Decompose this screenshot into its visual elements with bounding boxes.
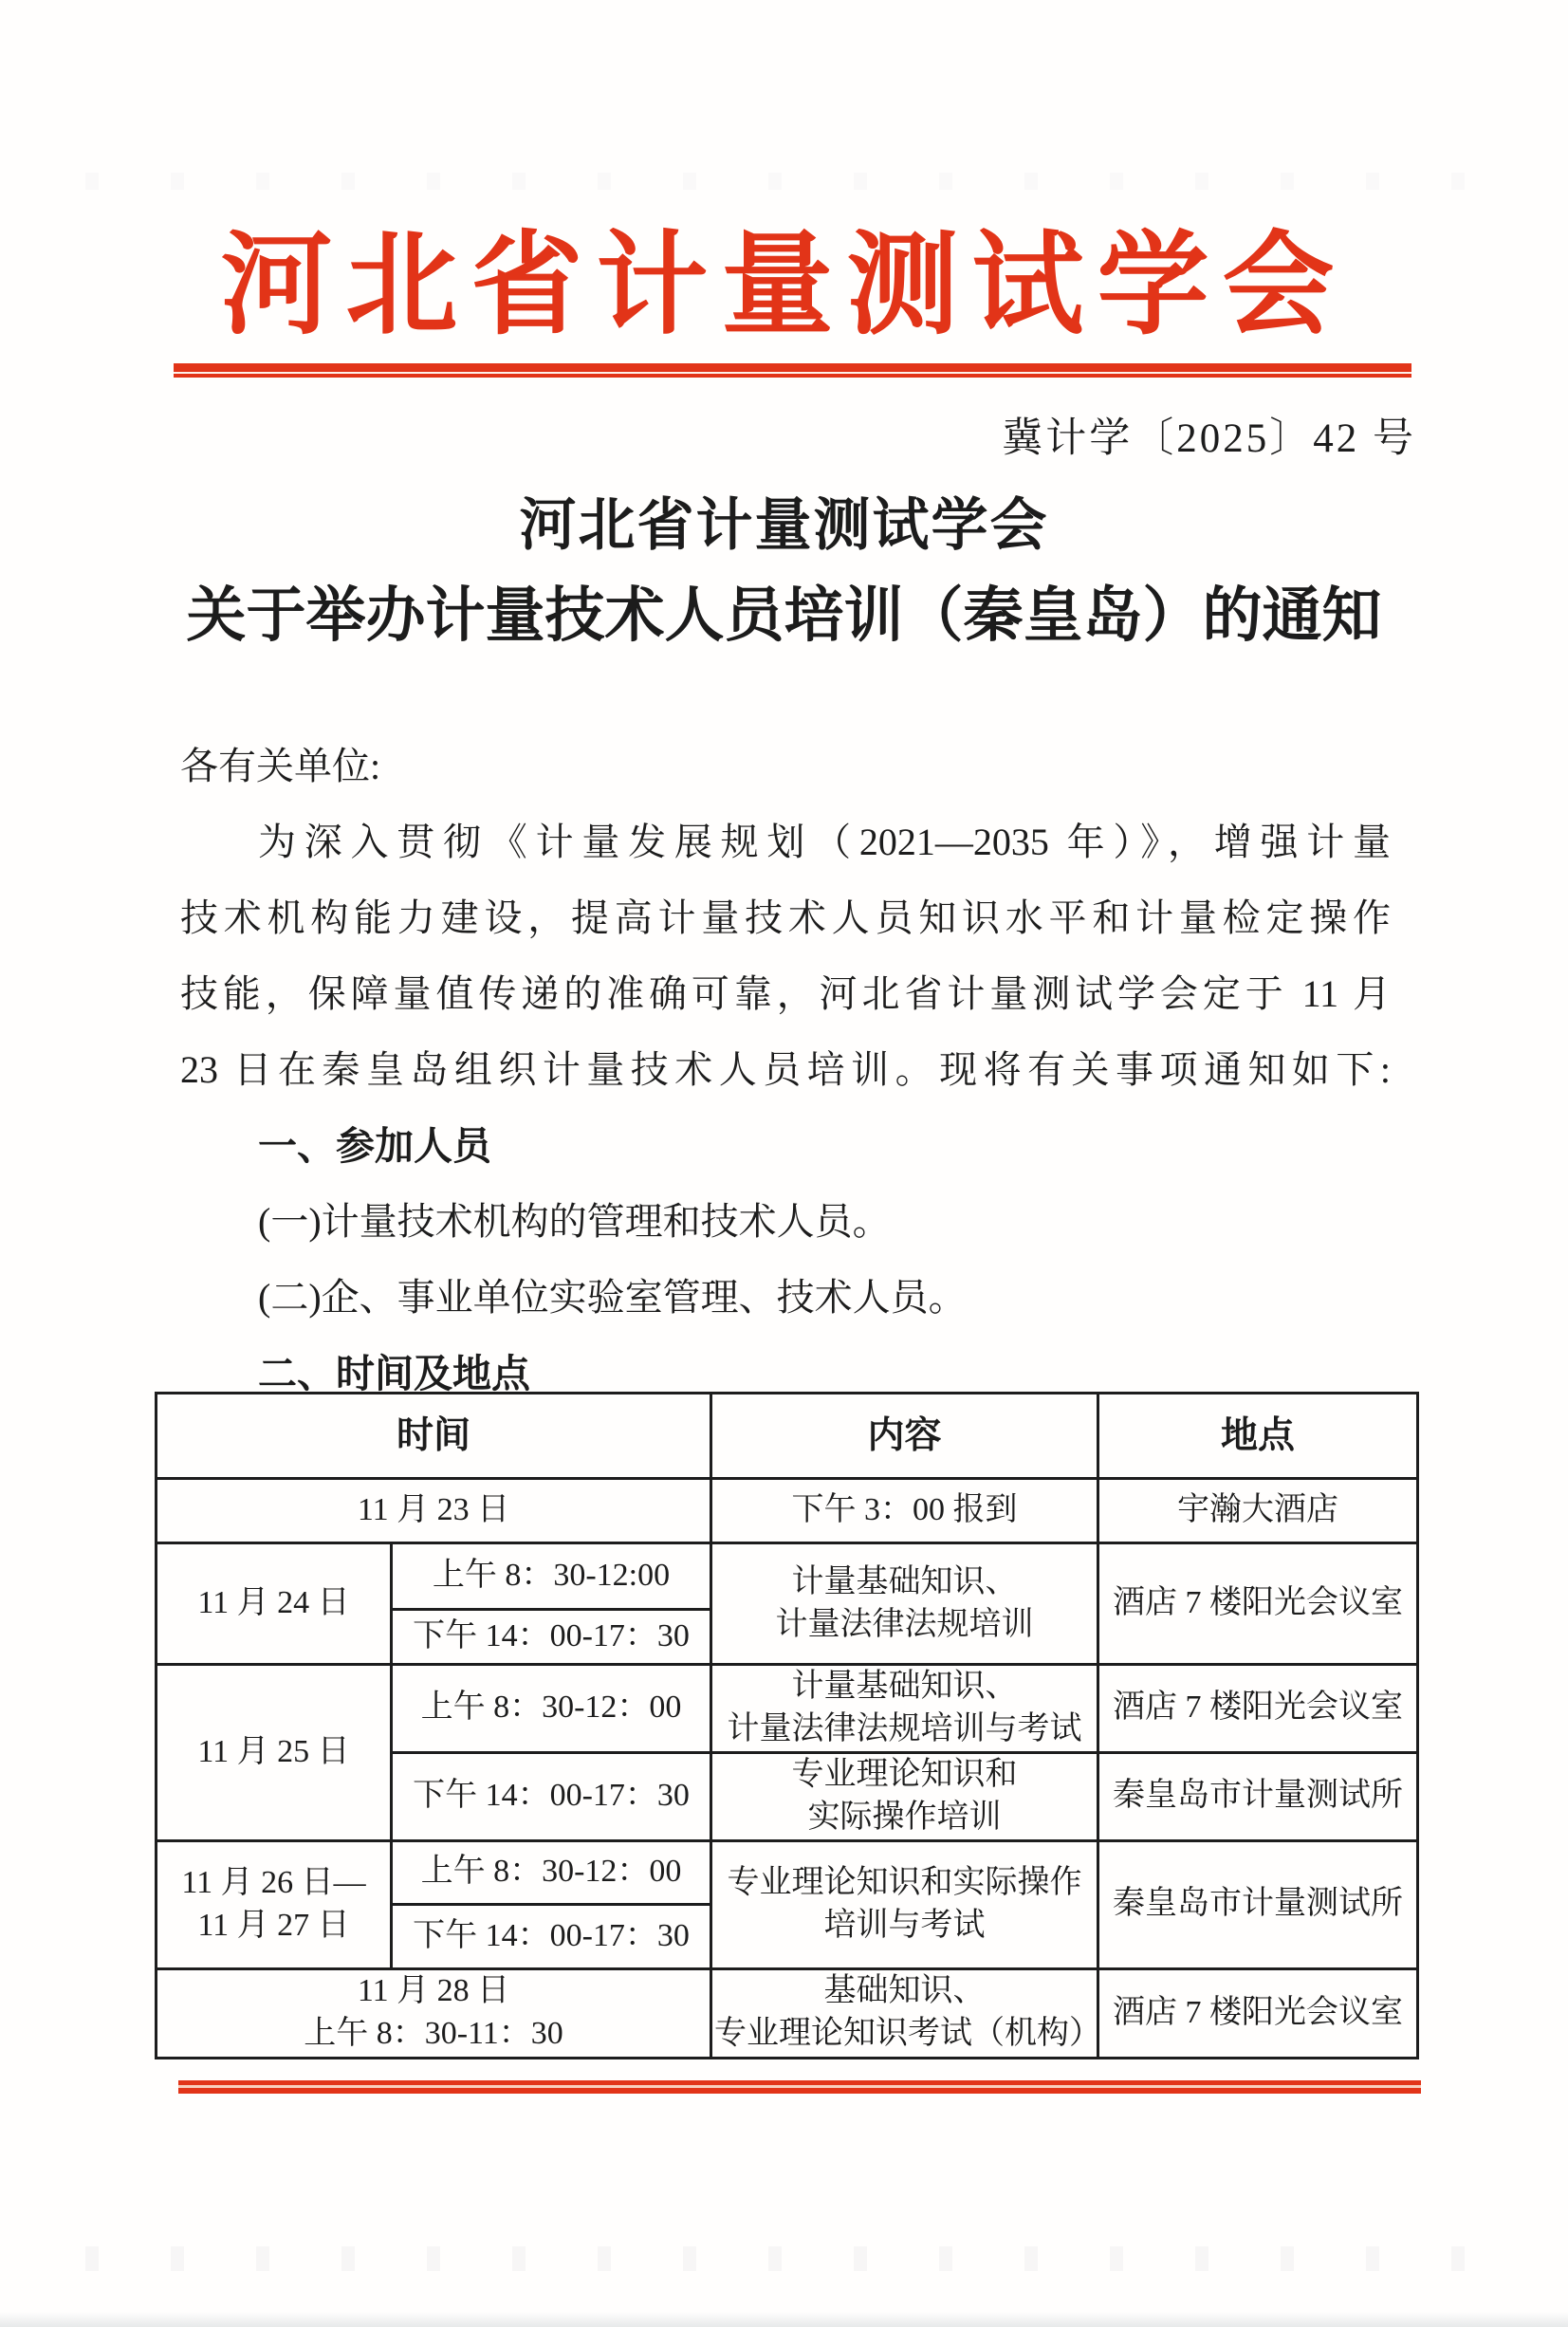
cell-nov25-pm-location: 秦皇岛市计量测试所 xyxy=(1098,1752,1418,1840)
section1-item: (二)企、事业单位实验室管理、技术人员。 xyxy=(180,1260,1391,1336)
cell-nov24-am-time: 上午 8：30-12:00 xyxy=(392,1543,711,1610)
table-row-nov28: 11 月 28 日 上午 8：30-11：30 基础知识、 专业理论知识考试（机… xyxy=(157,1968,1418,2058)
content-line: 专业理论知识和 xyxy=(714,1754,1095,1797)
cell-nov26-27-date: 11 月 26 日— 11 月 27 日 xyxy=(157,1840,392,1968)
date-line: 11 月 27 日 xyxy=(159,1905,388,1948)
content-line: 基础知识、 xyxy=(714,1970,1095,2013)
letterhead-red-rule xyxy=(174,363,1411,378)
cell-nov28-location: 酒店 7 楼阳光会议室 xyxy=(1098,1968,1418,2058)
paragraph-line: 技能，保障量值传递的准确可靠，河北省计量测试学会定于 11 月 xyxy=(180,956,1391,1032)
schedule-table: 时间 内容 地点 11 月 23 日 下午 3：00 报到 宇瀚大酒店 11 月… xyxy=(155,1392,1419,2059)
cell-nov26-27-pm-time: 下午 14：00-17：30 xyxy=(392,1904,711,1968)
content-line: 专业理论知识和实际操作 xyxy=(714,1862,1095,1905)
salutation: 各有关单位: xyxy=(180,729,1391,804)
date-line: 11 月 28 日 xyxy=(159,1970,708,2013)
table-row-nov26-27-am: 11 月 26 日— 11 月 27 日 上午 8：30-12：00 专业理论知… xyxy=(157,1840,1418,1904)
cell-nov23-location: 宇瀚大酒店 xyxy=(1098,1479,1418,1543)
cell-nov24-pm-time: 下午 14：00-17：30 xyxy=(392,1610,711,1665)
content-line: 计量基础知识、 xyxy=(714,1561,1095,1604)
section1-item: (一)计量技术机构的管理和技术人员。 xyxy=(180,1184,1391,1260)
notice-title-line2: 关于举办计量技术人员培训（秦皇岛）的通知 xyxy=(0,567,1568,654)
cell-nov26-27-am-time: 上午 8：30-12：00 xyxy=(392,1840,711,1904)
content-line: 计量法律法规培训与考试 xyxy=(714,1708,1095,1751)
letterhead-org-title: 河北省计量测试学会 xyxy=(0,228,1568,345)
paragraph-line: 为深入贯彻《计量发展规划（2021—2035 年）》，增强计量 xyxy=(180,804,1391,880)
paragraph-line: 23 日在秦皇岛组织计量技术人员培训。现将有关事项通知如下: xyxy=(180,1032,1391,1108)
cell-nov25-am-location: 酒店 7 楼阳光会议室 xyxy=(1098,1665,1418,1753)
content-line: 计量基础知识、 xyxy=(714,1666,1095,1708)
page-bottom-edge xyxy=(0,2312,1568,2327)
paragraph-line: 技术机构能力建设，提高计量技术人员知识水平和计量检定操作 xyxy=(180,880,1391,956)
scan-artifact-bottom xyxy=(85,2246,1483,2271)
cell-nov23-date: 11 月 23 日 xyxy=(157,1479,711,1543)
content-line: 实际操作培训 xyxy=(714,1797,1095,1839)
footer-red-rule xyxy=(178,2080,1421,2094)
date-line: 上午 8：30-11：30 xyxy=(159,2013,708,2056)
col-header-location: 地点 xyxy=(1098,1394,1418,1479)
notice-title-line1: 河北省计量测试学会 xyxy=(0,480,1568,562)
col-header-time: 时间 xyxy=(157,1394,711,1479)
document-number: 冀计学〔2025〕42 号 xyxy=(1002,406,1416,464)
cell-nov24-content: 计量基础知识、 计量法律法规培训 xyxy=(711,1543,1098,1665)
cell-nov25-date: 11 月 25 日 xyxy=(157,1665,392,1841)
cell-nov24-date: 11 月 24 日 xyxy=(157,1543,392,1665)
cell-nov25-pm-content: 专业理论知识和 实际操作培训 xyxy=(711,1752,1098,1840)
cell-nov25-am-content: 计量基础知识、 计量法律法规培训与考试 xyxy=(711,1665,1098,1753)
table-row-nov23: 11 月 23 日 下午 3：00 报到 宇瀚大酒店 xyxy=(157,1479,1418,1543)
notice-document-page: 河北省计量测试学会 冀计学〔2025〕42 号 河北省计量测试学会 关于举办计量… xyxy=(0,0,1568,2327)
cell-nov28-date: 11 月 28 日 上午 8：30-11：30 xyxy=(157,1968,711,2058)
cell-nov26-27-location: 秦皇岛市计量测试所 xyxy=(1098,1840,1418,1968)
content-line: 培训与考试 xyxy=(714,1905,1095,1948)
table-row-nov25-am: 11 月 25 日 上午 8：30-12：00 计量基础知识、 计量法律法规培训… xyxy=(157,1665,1418,1753)
cell-nov26-27-content: 专业理论知识和实际操作 培训与考试 xyxy=(711,1840,1098,1968)
cell-nov25-am-time: 上午 8：30-12：00 xyxy=(392,1665,711,1753)
content-line: 计量法律法规培训 xyxy=(714,1604,1095,1647)
content-line: 专业理论知识考试（机构） xyxy=(714,2013,1095,2056)
col-header-content: 内容 xyxy=(711,1394,1098,1479)
table-header-row: 时间 内容 地点 xyxy=(157,1394,1418,1479)
section1-heading: 一、参加人员 xyxy=(180,1108,1391,1184)
table-row-nov24-am: 11 月 24 日 上午 8：30-12:00 计量基础知识、 计量法律法规培训… xyxy=(157,1543,1418,1610)
notice-body: 各有关单位: 为深入贯彻《计量发展规划（2021—2035 年）》，增强计量 技… xyxy=(180,729,1391,1412)
cell-nov25-pm-time: 下午 14：00-17：30 xyxy=(392,1752,711,1840)
cell-nov23-content: 下午 3：00 报到 xyxy=(711,1479,1098,1543)
cell-nov24-location: 酒店 7 楼阳光会议室 xyxy=(1098,1543,1418,1665)
cell-nov28-content: 基础知识、 专业理论知识考试（机构） xyxy=(711,1968,1098,2058)
date-line: 11 月 26 日— xyxy=(159,1862,388,1905)
scan-artifact-top xyxy=(85,173,1483,190)
